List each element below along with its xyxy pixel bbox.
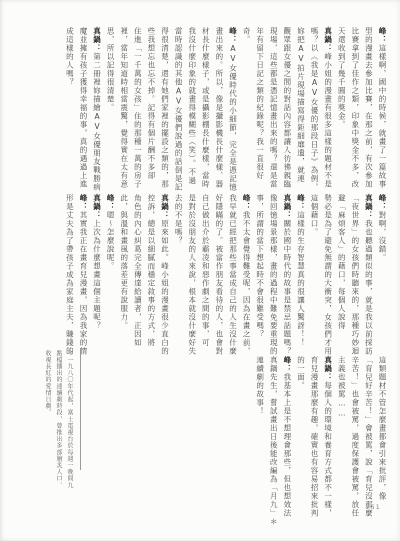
text-column: 現場，這些都是憑記憶畫出來的嗎？還是當 xyxy=(267,27,281,191)
text-column: 峰：其實我正在畫育兒漫畫，因為我家的情 xyxy=(76,194,90,353)
text-column: 此，與溫和畫風的落差更有說服力。 xyxy=(117,194,131,353)
text-column: 育兒漫畫那麼有趣，確實也有容易招來批判 xyxy=(307,356,321,498)
page-number: 161 xyxy=(365,503,381,511)
text-column: 真鍋：第二冊裡妳描繪AV女優朋友戰勝病 xyxy=(90,27,104,191)
footnote-block: ＊一九八〇年代起，富士電視台於每週一晚間九點檔播出的連續劇時段，曾推出多部膾炙人… xyxy=(42,350,75,498)
text-column: 我沒什麼印象的就畫得模糊些（笑）。不過 xyxy=(185,27,199,191)
speaker-label: 峰： xyxy=(228,27,237,44)
text-column: 形是丈夫為了帶孩子成為家庭主夫，賺錢的 xyxy=(63,194,77,353)
speaker-label: 峰： xyxy=(296,194,305,211)
text-column: 辛苦！」也會被罵，過度保護會被罵，放任 xyxy=(348,356,362,498)
text-column: 峰：AV女優時代的小細節，完全是憑記憶 xyxy=(226,27,240,191)
text-column: 峰：我不太會覺得難受呢，因為在畫之前， xyxy=(239,194,253,353)
speaker-label: 真鍋： xyxy=(324,27,333,53)
speaker-label: 真鍋： xyxy=(93,27,102,53)
text-column: 得很清楚，還有她們家裡的擺設之類的，那 xyxy=(158,27,172,191)
text-column: 些我想忘也忘不掉。記得有個片酬不多卻 xyxy=(144,27,158,191)
text-column: 畫出來的。所以，像是攝影機長什麼樣、器 xyxy=(212,27,226,191)
text-column: 妳把AV拍片現場描寫得鉅細靡遺，就連 xyxy=(294,27,308,191)
text-block-bottom: 這類題材不管怎麼畫都會引來批評，像「育兒好辛苦！」會被罵，說「育兒沒那麼辛苦！」… xyxy=(253,356,389,498)
text-column: 峰：我基本上是不想理會那些，但也想效法 xyxy=(280,356,294,498)
text-column: 比賽拿到了佳作之類，印象中獎金不多，改 xyxy=(348,27,362,191)
text-column: 奇。 xyxy=(239,27,253,191)
text-column: 峰：嗯～怎麼說呢。 xyxy=(104,194,118,353)
speaker-label: 真鍋： xyxy=(161,194,170,220)
text-column: 好隱瞞的了。被當作朋友看待的人，也會對 xyxy=(212,194,226,353)
text-column: 勢必是為了避免無謂的大衝突，女孩們才用 xyxy=(321,194,335,353)
text-column: 材長什麼樣子，或是攝影棚長什麼樣，當時 xyxy=(199,27,213,191)
text-column: 嗎？以《我是AV女優的那段日子》為例， xyxy=(307,27,321,191)
text-column: 避「麻煩客人」的藉口，每個人說得 xyxy=(335,194,349,353)
text-column: 「夜世界」的女孩們時聽來的，那種巧妙迴 xyxy=(348,194,362,353)
scanned-book-page: 峰：這樣啊，國中的時候，就畫了一篇故事型的漫畫去參加比賽，在那之前，有次參加比賽… xyxy=(0,0,400,541)
text-column: 峰：這樣的生存智慧真的很讓人驚訝！！ xyxy=(294,194,308,353)
speaker-label: 峰： xyxy=(283,356,292,373)
speaker-label: 峰： xyxy=(378,194,387,211)
text-column: 住進「一千萬的女孩」住的那種一萬的房子 xyxy=(131,27,145,191)
text-column: 主義也被罵…… xyxy=(335,356,349,498)
speaker-label: 峰： xyxy=(378,27,387,44)
speaker-label: 真鍋： xyxy=(93,194,102,220)
text-column: 像回憶場景那樣，畫的過程中難免要重現的 xyxy=(267,194,281,353)
text-column: 的一面。 xyxy=(294,356,308,498)
text-column: 觀眾跟女優之間的對話內容都讓人彷彿親臨 xyxy=(280,27,294,191)
text-column: 峰：這樣啊，國中的時候，就畫了一篇故事 xyxy=(375,27,389,191)
speaker-label: 真鍋： xyxy=(364,194,373,220)
text-column: 成這樣的人嗎？ xyxy=(63,27,77,191)
text-column: 「育兒好辛苦！」會被罵，說「育兒沒那麼 xyxy=(362,356,376,498)
text-column: 魔並擁有孩子獲得幸福的事，真的遇過上進 xyxy=(76,27,90,191)
text-column: 真鍋先生，嘗試畫出日後能改編為「月九」＊ xyxy=(267,356,281,498)
text-column: 思，所以記得很清楚。 xyxy=(104,27,118,191)
text-block-top: 峰：這樣啊，國中的時候，就畫了一篇故事型的漫畫去參加比賽，在那之前，有次參加比賽… xyxy=(63,27,389,191)
text-column: 型的漫畫去參加比賽，在那之前，有次參加 xyxy=(362,27,376,191)
text-column: 去的不是嗎？ xyxy=(172,194,186,353)
text-column: 真鍋：關於國中時代的故事是禁忌話題嗎？ xyxy=(280,194,294,353)
speaker-label: 峰： xyxy=(242,194,251,211)
text-column: 連續劇的故事！ xyxy=(253,356,267,498)
text-column: 這類題材不管怎麼畫都會引來批評，像 xyxy=(375,356,389,498)
text-column: 是對於沒朋友的人來說，根本就沒什麼好失 xyxy=(185,194,199,353)
text-column: 真鍋：峰小姐的漫畫有很多這樣的題材不是 xyxy=(321,27,335,191)
text-column: 點檔播出的連續劇時段，曾推出多部膾炙人口、 xyxy=(53,350,64,498)
text-column: 事，所謂的當下想起時不會很難受嗎？ xyxy=(253,194,267,353)
text-column: 角色的內心糾葛完全傳達給讀者，正因如 xyxy=(131,194,145,353)
speaker-label: 真鍋： xyxy=(324,356,333,382)
text-column: 裡，當年知道時相當震驚，覺得實在太有意 xyxy=(117,27,131,191)
text-column: 這個藉口。 xyxy=(307,194,321,353)
text-block-middle: 峰：對啊，沒錯。真鍋：我也聽過類似的事，就是我以前採訪「夜世界」的女孩們時聽來的… xyxy=(63,194,389,353)
speaker-label: 峰： xyxy=(106,194,115,211)
text-column: 真鍋：原來如此。峰小姐的漫畫很少直白的 xyxy=(158,194,172,353)
footnote-divider-rule xyxy=(80,348,81,470)
text-column: 真鍋：上次為什麼想畫這個主題呢？ xyxy=(90,194,104,353)
text-column: 控訴，總是以細膩而穩定敘事的方式，將 xyxy=(144,194,158,353)
text-column: 真鍋：我也聽過類似的事，就是我以前採訪 xyxy=(362,194,376,353)
text-column: 天還收到了幾千圓的獎金。 xyxy=(335,27,349,191)
speaker-label: 真鍋： xyxy=(283,194,292,220)
text-column: ＊一九八〇年代起，富士電視台於每週一晚間九 xyxy=(64,350,75,498)
text-column: 年有留下日記之類的紀錄呢？我一直很好 xyxy=(253,27,267,191)
text-column: 自己做出介於霸凌和惡作劇之間的事，可 xyxy=(199,194,213,353)
text-column: 收視長紅的愛情日劇。 xyxy=(42,350,53,498)
text-column: 我早就已經把那些事當成自己的人生沒什麼 xyxy=(226,194,240,353)
text-column: 真鍋：每個人的環境和養育方式都不一樣， xyxy=(321,356,335,498)
text-column: 峰：對啊，沒錯。 xyxy=(375,194,389,353)
text-column: 當時認識的其他AV女優們說過的話倒是記 xyxy=(172,27,186,191)
speaker-label: 峰： xyxy=(79,194,88,211)
